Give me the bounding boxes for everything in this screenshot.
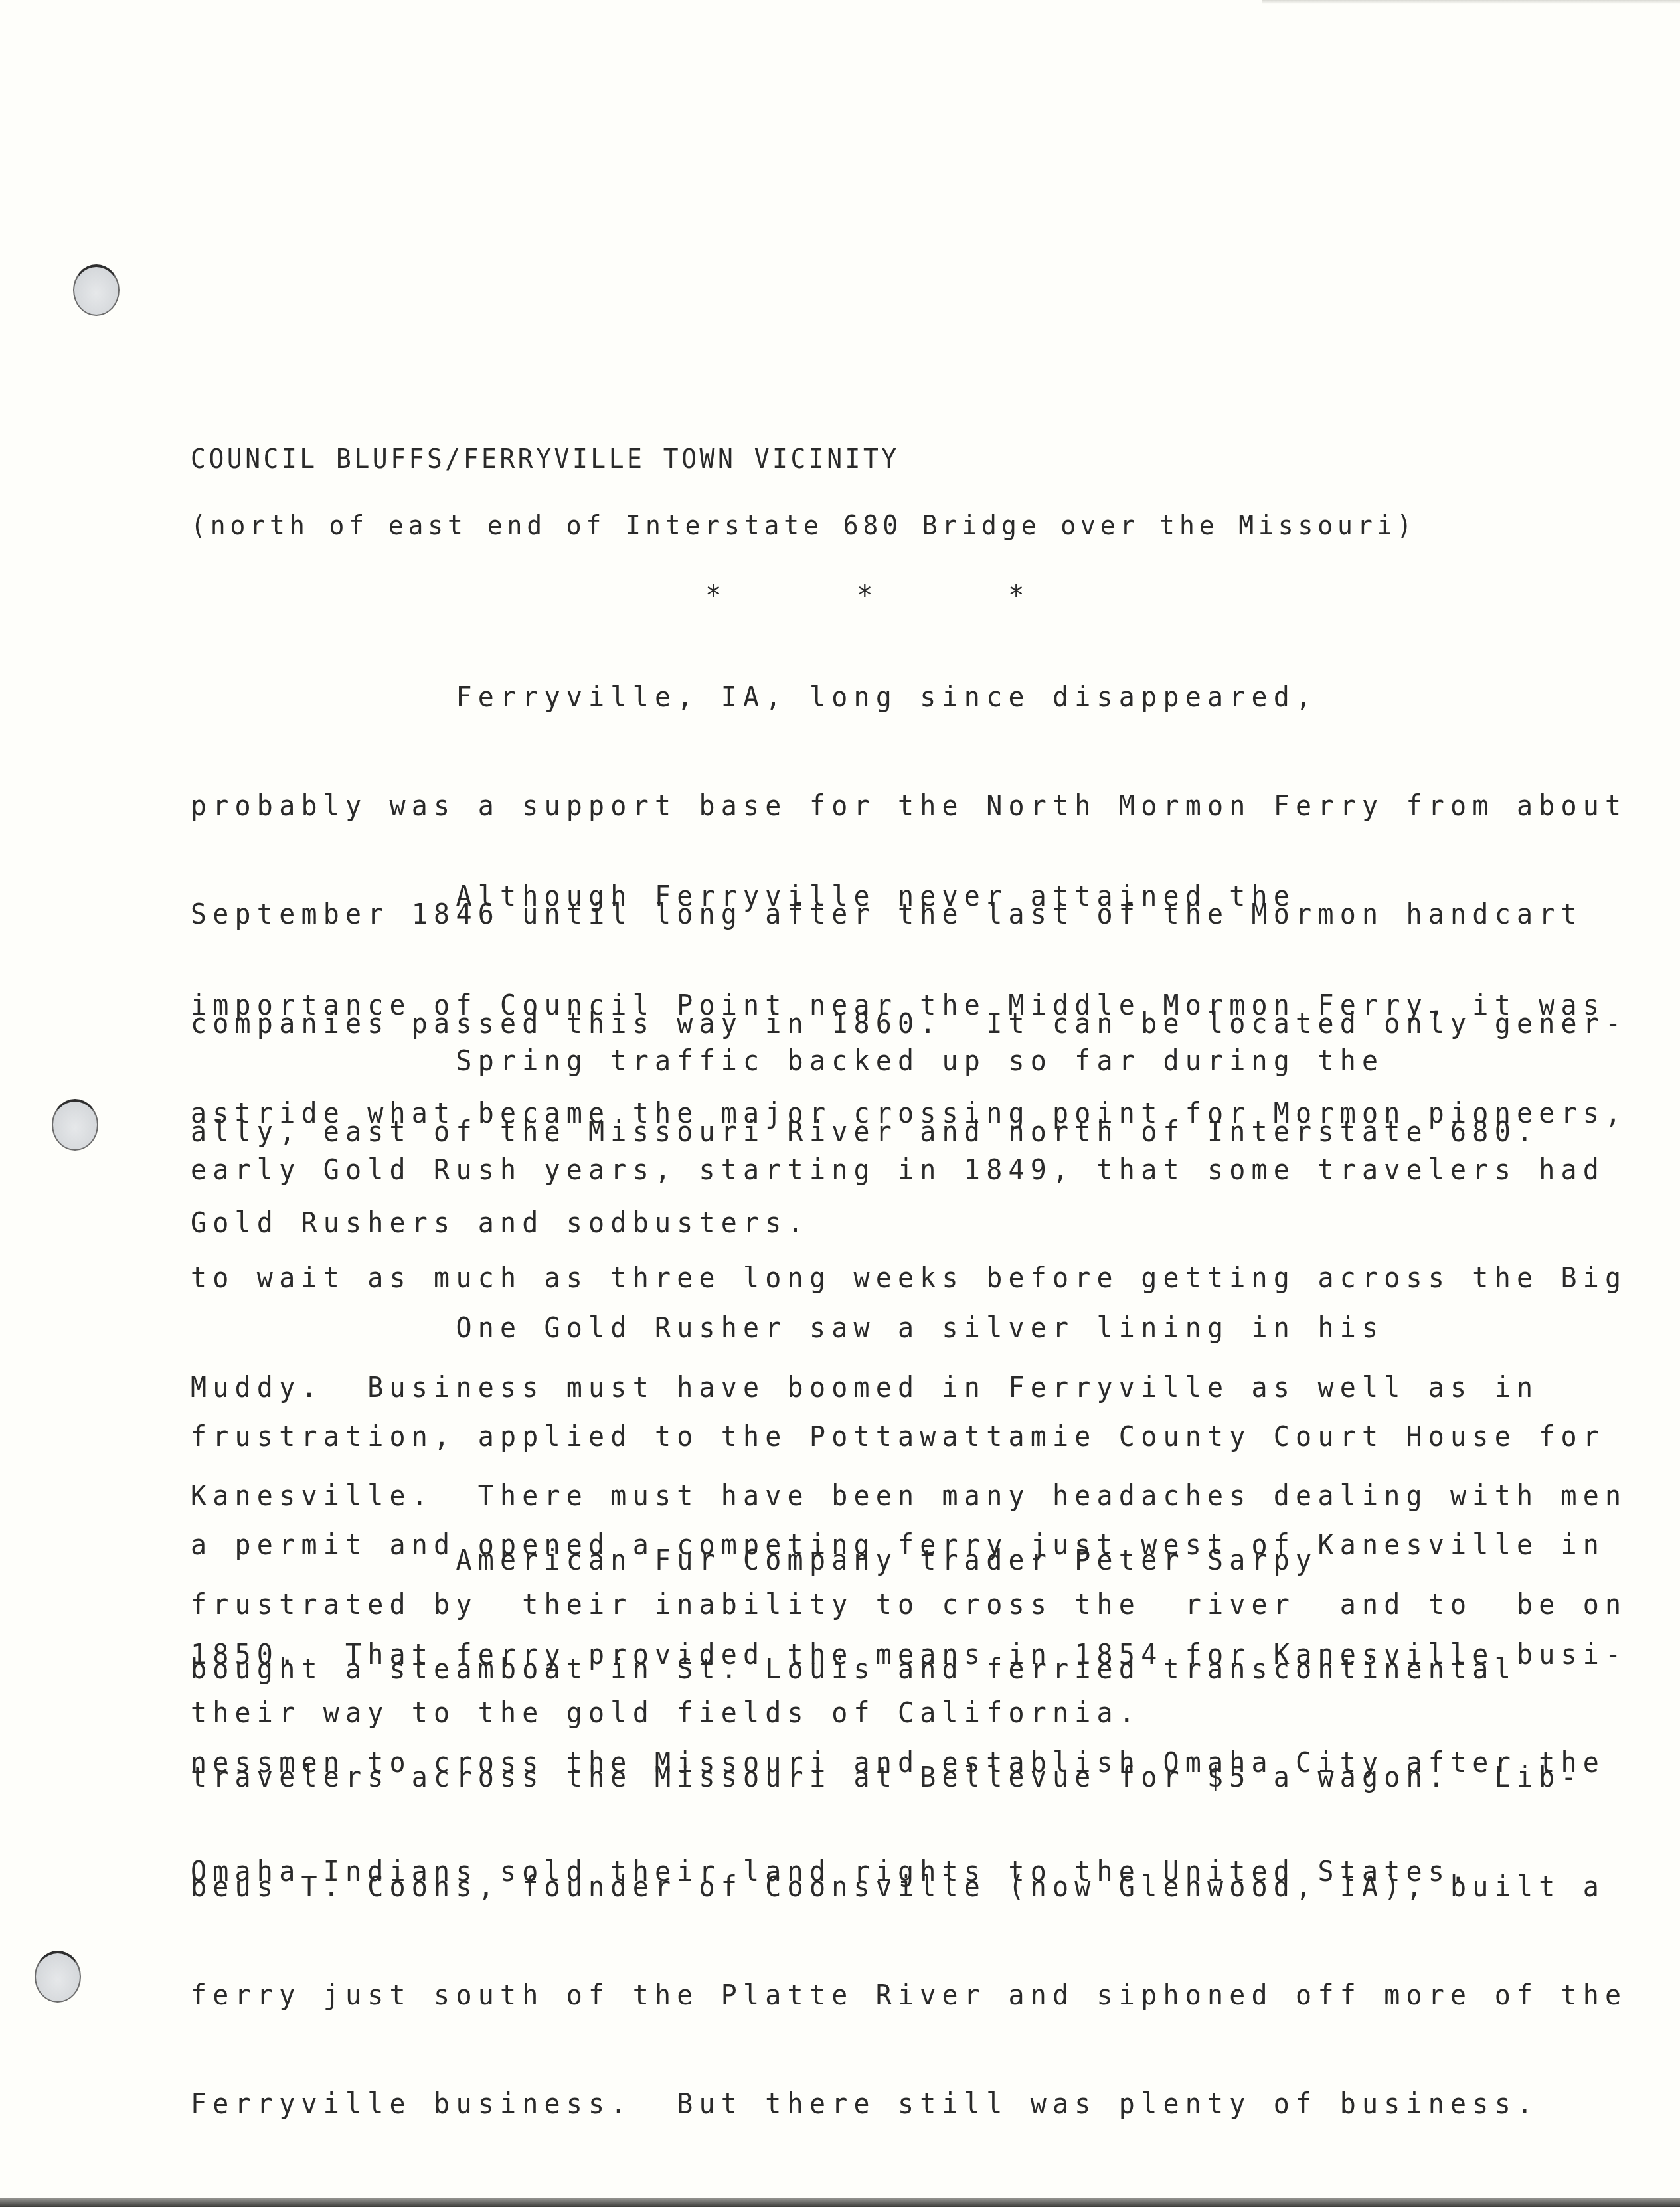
paragraph-line: One Gold Rusher saw a silver lining in h… (191, 1310, 1627, 1347)
paragraph-line: Ferryville, IA, long since disappeared, (191, 679, 1627, 716)
paragraph-peter-sarpy: American Fur Company trader Peter Sarpy … (191, 1470, 1627, 2194)
paragraph-line: frustration, applied to the Pottawattami… (191, 1419, 1627, 1455)
paragraph-line: beus T. Coons, founder of Coonsville (no… (191, 1868, 1627, 1905)
document-title: COUNCIL BLUFFS/FERRYVILLE TOWN VICINITY (191, 441, 900, 477)
paragraph-line: bought a steamboat in St. Louis and ferr… (191, 1651, 1627, 1688)
paragraph-line: Although Ferryville never attained the (191, 878, 1627, 915)
punch-hole-icon (52, 1099, 98, 1151)
punch-hole-icon (35, 1951, 81, 2003)
paper-top-edge (1262, 0, 1680, 4)
paragraph-line: Ferryville business. But there still was… (191, 2085, 1627, 2122)
document-subtitle: (north of east end of Interstate 680 Bri… (191, 507, 1416, 544)
scanner-bottom-edge (0, 2198, 1680, 2207)
paragraph-line: American Fur Company trader Peter Sarpy (191, 1542, 1627, 1579)
paragraph-line: travelers across the Missouri at Bellevu… (191, 1759, 1627, 1796)
paragraph-line: ferry just south of the Platte River and… (191, 1977, 1627, 2014)
punch-hole-icon (73, 264, 120, 316)
paragraph-line: early Gold Rush years, starting in 1849,… (191, 1152, 1627, 1188)
document-page: COUNCIL BLUFFS/FERRYVILLE TOWN VICINITY … (0, 0, 1680, 2207)
paragraph-line: Spring traffic backed up so far during t… (191, 1043, 1627, 1080)
